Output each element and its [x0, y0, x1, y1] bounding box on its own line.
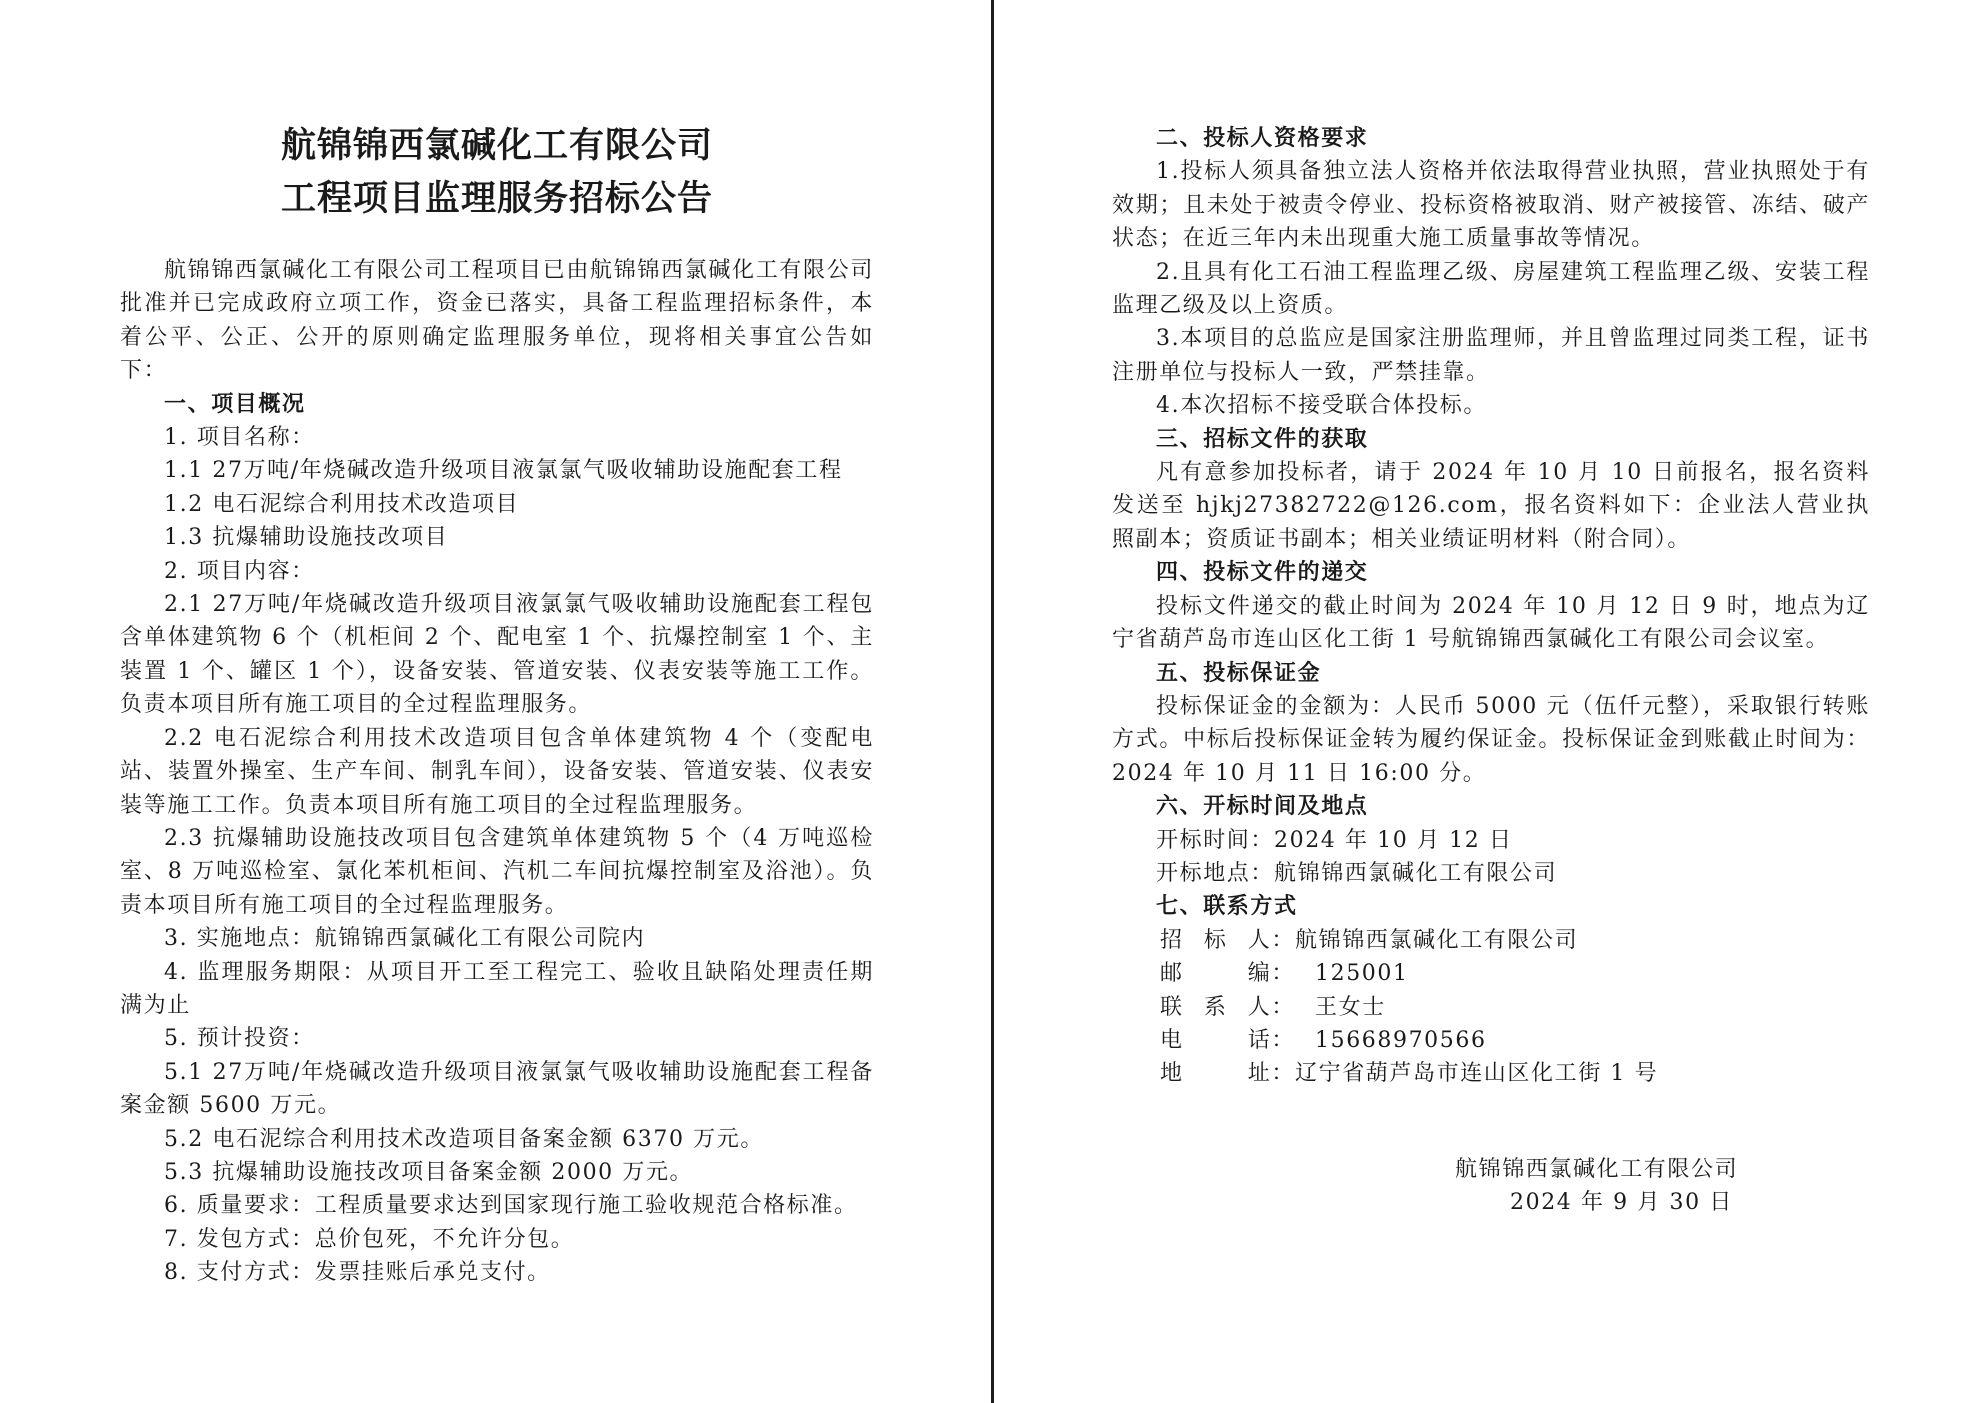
contact-label: 地 址 ：	[1160, 1057, 1295, 1090]
section-heading-2: 二、投标人资格要求	[1112, 122, 1870, 155]
list-item: 1.2 电石泥综合利用技术改造项目	[120, 488, 874, 521]
section-heading-1: 一、项目概况	[120, 388, 874, 421]
section-heading-7: 七、联系方式	[1112, 890, 1870, 923]
list-item: 2.2 电石泥综合利用技术改造项目包含单体建筑物 4 个（变配电站、装置外操室、…	[120, 722, 874, 822]
title-line-2: 工程项目监理服务招标公告	[120, 173, 874, 226]
section-heading-3: 三、招标文件的获取	[1112, 423, 1870, 456]
section-heading-5: 五、投标保证金	[1112, 657, 1870, 690]
contact-value: 航锦锦西氯碱化工有限公司	[1295, 924, 1578, 957]
title-line-1: 航锦锦西氯碱化工有限公司	[120, 120, 874, 173]
list-item: 5.3 抗爆辅助设施技改项目备案金额 2000 万元。	[120, 1156, 874, 1189]
contact-value: 125001	[1295, 957, 1409, 990]
list-item: 1.1 27万吨/年烧碱改造升级项目液氯氯气吸收辅助设施配套工程	[120, 454, 874, 487]
list-item: 5.1 27万吨/年烧碱改造升级项目液氯氯气吸收辅助设施配套工程备案金额 560…	[120, 1056, 874, 1123]
contact-label: 邮 编 ：	[1160, 957, 1295, 990]
list-item: 6. 质量要求：工程质量要求达到国家现行施工验收规范合格标准。	[120, 1189, 874, 1222]
section-heading-4: 四、投标文件的递交	[1112, 556, 1870, 589]
list-item: 2.1 27万吨/年烧碱改造升级项目液氯氯气吸收辅助设施配套工程包含单体建筑物 …	[120, 588, 874, 722]
contact-row-person: 联 系 人 ： 王女士	[1112, 991, 1870, 1024]
right-body: 二、投标人资格要求 1.投标人须具备独立法人资格并依法取得营业执照，营业执照处于…	[1112, 122, 1870, 1091]
contact-label: 联 系 人 ：	[1160, 991, 1295, 1024]
page-divider	[991, 0, 994, 1403]
list-item: 3. 实施地点：航锦锦西氯碱化工有限公司院内	[120, 922, 874, 955]
list-item: 4.本次招标不接受联合体投标。	[1112, 389, 1870, 422]
list-item: 7. 发包方式：总价包死，不允许分包。	[120, 1223, 874, 1256]
submission-paragraph: 投标文件递交的截止时间为 2024 年 10 月 12 日 9 时，地点为辽宁省…	[1112, 590, 1870, 657]
opening-location: 开标地点：航锦锦西氯碱化工有限公司	[1112, 857, 1870, 890]
contact-row-phone: 电 话 ： 15668970566	[1112, 1024, 1870, 1057]
contact-row-postcode: 邮 编 ： 125001	[1112, 957, 1870, 990]
signature-block: 航锦锦西氯碱化工有限公司 2024 年 9 月 30 日	[1112, 1153, 1870, 1220]
contact-value: 王女士	[1295, 991, 1386, 1024]
list-item: 2.3 抗爆辅助设施技改项目包含建筑单体建筑物 5 个（4 万吨巡检室、8 万吨…	[120, 822, 874, 922]
deposit-paragraph: 投标保证金的金额为：人民币 5000 元（伍仟元整），采取银行转账方式。中标后投…	[1112, 690, 1870, 790]
list-item: 1.投标人须具备独立法人资格并依法取得营业执照，营业执照处于有效期；且未处于被责…	[1112, 155, 1870, 255]
signature-company: 航锦锦西氯碱化工有限公司	[1112, 1153, 1870, 1186]
document-title: 航锦锦西氯碱化工有限公司 工程项目监理服务招标公告	[120, 120, 874, 226]
list-item: 5. 预计投资：	[120, 1022, 874, 1055]
list-item: 1.3 抗爆辅助设施技改项目	[120, 521, 874, 554]
contact-label: 招 标 人 ：	[1160, 924, 1295, 957]
list-item: 5.2 电石泥综合利用技术改造项目备案金额 6370 万元。	[120, 1123, 874, 1156]
registration-paragraph: 凡有意参加投标者，请于 2024 年 10 月 10 日前报名，报名资料发送至 …	[1112, 456, 1870, 556]
contact-row-tenderer: 招 标 人 ： 航锦锦西氯碱化工有限公司	[1112, 924, 1870, 957]
list-item: 2.且具有化工石油工程监理乙级、房屋建筑工程监理乙级、安装工程监理乙级及以上资质…	[1112, 256, 1870, 323]
contact-label: 电 话 ：	[1160, 1024, 1295, 1057]
contact-value: 辽宁省葫芦岛市连山区化工街 1 号	[1295, 1057, 1658, 1090]
intro-paragraph: 航锦锦西氯碱化工有限公司工程项目已由航锦锦西氯碱化工有限公司批准并已完成政府立项…	[120, 254, 874, 388]
opening-time: 开标时间：2024 年 10 月 12 日	[1112, 824, 1870, 857]
list-item: 3.本项目的总监应是国家注册监理师，并且曾监理过同类工程，证书注册单位与投标人一…	[1112, 322, 1870, 389]
signature-date: 2024 年 9 月 30 日	[1112, 1186, 1870, 1219]
contact-value: 15668970566	[1295, 1024, 1487, 1057]
contact-row-address: 地 址 ： 辽宁省葫芦岛市连山区化工街 1 号	[1112, 1057, 1870, 1090]
list-item: 2. 项目内容：	[120, 555, 874, 588]
page-left: 航锦锦西氯碱化工有限公司 工程项目监理服务招标公告 航锦锦西氯碱化工有限公司工程…	[120, 0, 874, 1403]
list-item: 4. 监理服务期限：从项目开工至工程完工、验收且缺陷处理责任期满为止	[120, 956, 874, 1023]
left-body: 航锦锦西氯碱化工有限公司工程项目已由航锦锦西氯碱化工有限公司批准并已完成政府立项…	[120, 254, 874, 1290]
list-item: 1. 项目名称：	[120, 421, 874, 454]
section-heading-6: 六、开标时间及地点	[1112, 790, 1870, 823]
list-item: 8. 支付方式：发票挂账后承兑支付。	[120, 1256, 874, 1289]
